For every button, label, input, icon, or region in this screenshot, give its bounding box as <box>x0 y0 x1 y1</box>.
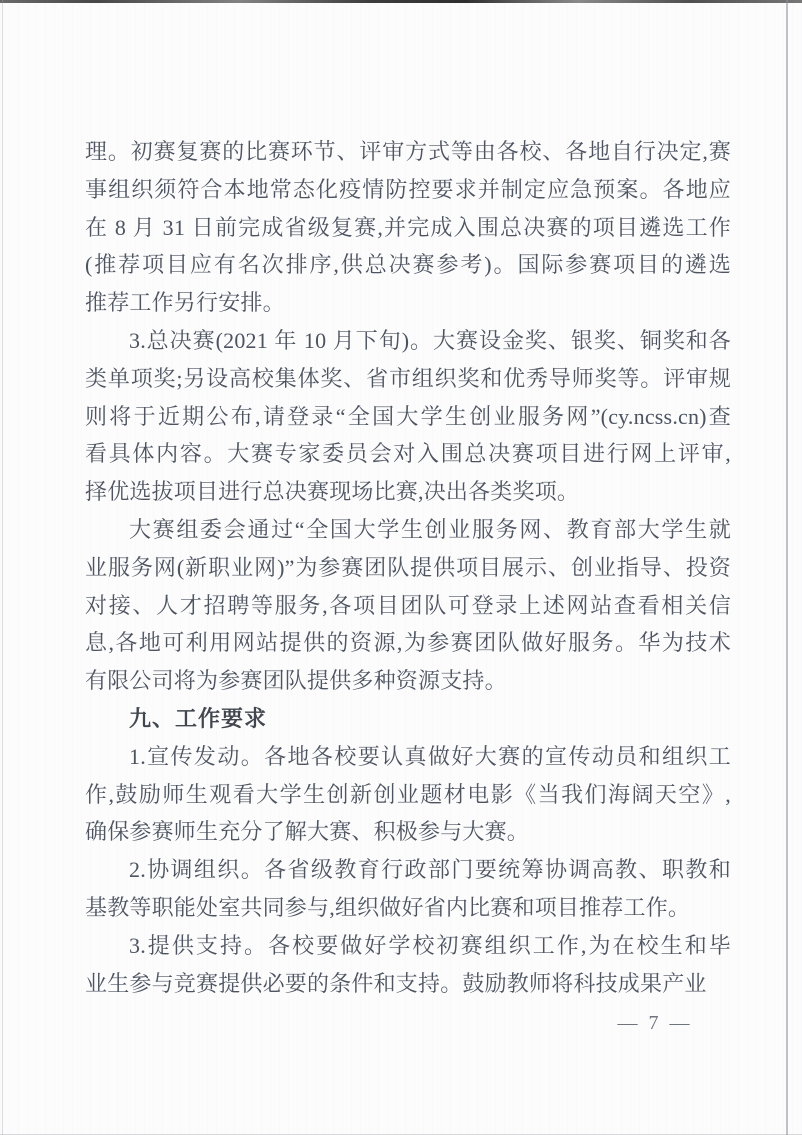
section-heading: 九、工作要求 <box>85 700 731 738</box>
page-number: — 7 — <box>600 1012 710 1035</box>
text-line: 则将于近期公布,请登录“全国大学生创业服务网”(cy.ncss.cn)查 <box>85 398 731 436</box>
text-line: 对接、人才招聘等服务,各项目团队可登录上述网站查看相关信 <box>85 587 731 625</box>
section-heading-text: 九、工作要求 <box>85 700 731 738</box>
text-line: (推荐项目应有名次排序,供总决赛参考)。国际参赛项目的遴选 <box>85 246 731 284</box>
paragraph: 大赛组委会通过“全国大学生创业服务网、教育部大学生就业服务网(新职业网)”为参赛… <box>85 511 731 700</box>
text-line: 类单项奖;另设高校集体奖、省市组织奖和优秀导师奖等。评审规 <box>85 360 731 398</box>
document-body: 理。初赛复赛的比赛环节、评审方式等由各校、各地自行决定,赛事组织须符合本地常态化… <box>85 133 731 1002</box>
scan-edge-top <box>0 0 802 3</box>
scan-edge-left <box>2 0 3 1135</box>
text-line: 择优选拔项目进行总决赛现场比赛,决出各类奖项。 <box>85 473 731 511</box>
text-line: 推荐工作另行安排。 <box>85 284 731 322</box>
text-line: 3.总决赛(2021 年 10 月下旬)。大赛设金奖、银奖、铜奖和各 <box>85 322 731 360</box>
text-line: 有限公司将为参赛团队提供多种资源支持。 <box>85 662 731 700</box>
scanned-document-page: 理。初赛复赛的比赛环节、评审方式等由各校、各地自行决定,赛事组织须符合本地常态化… <box>0 0 802 1135</box>
text-line: 2.协调组织。各省级教育行政部门要统筹协调高教、职教和 <box>85 851 731 889</box>
text-line: 事组织须符合本地常态化疫情防控要求并制定应急预案。各地应 <box>85 171 731 209</box>
paragraph: 3.总决赛(2021 年 10 月下旬)。大赛设金奖、银奖、铜奖和各类单项奖;另… <box>85 322 731 511</box>
text-line: 3.提供支持。各校要做好学校初赛组织工作,为在校生和毕 <box>85 927 731 965</box>
text-line: 业生参与竞赛提供必要的条件和支持。鼓励教师将科技成果产业 <box>85 965 731 1003</box>
text-line: 确保参赛师生充分了解大赛、积极参与大赛。 <box>85 813 731 851</box>
text-line: 理。初赛复赛的比赛环节、评审方式等由各校、各地自行决定,赛 <box>85 133 731 171</box>
text-line: 大赛组委会通过“全国大学生创业服务网、教育部大学生就 <box>85 511 731 549</box>
paragraph: 3.提供支持。各校要做好学校初赛组织工作,为在校生和毕业生参与竞赛提供必要的条件… <box>85 927 731 1003</box>
text-line: 业服务网(新职业网)”为参赛团队提供项目展示、创业指导、投资 <box>85 549 731 587</box>
text-line: 在 8 月 31 日前完成省级复赛,并完成入围总决赛的项目遴选工作 <box>85 209 731 247</box>
text-line: 作,鼓励师生观看大学生创新创业题材电影《当我们海阔天空》, <box>85 776 731 814</box>
text-line: 1.宣传发动。各地各校要认真做好大赛的宣传动员和组织工 <box>85 738 731 776</box>
paragraph: 2.协调组织。各省级教育行政部门要统筹协调高教、职教和基教等职能处室共同参与,组… <box>85 851 731 927</box>
paragraph: 1.宣传发动。各地各校要认真做好大赛的宣传动员和组织工作,鼓励师生观看大学生创新… <box>85 738 731 851</box>
text-line: 息,各地可利用网站提供的资源,为参赛团队做好服务。华为技术 <box>85 624 731 662</box>
text-line: 看具体内容。大赛专家委员会对入围总决赛项目进行网上评审, <box>85 435 731 473</box>
paragraph: 理。初赛复赛的比赛环节、评审方式等由各校、各地自行决定,赛事组织须符合本地常态化… <box>85 133 731 322</box>
scan-line-right <box>786 0 788 1135</box>
text-line: 基教等职能处室共同参与,组织做好省内比赛和项目推荐工作。 <box>85 889 731 927</box>
